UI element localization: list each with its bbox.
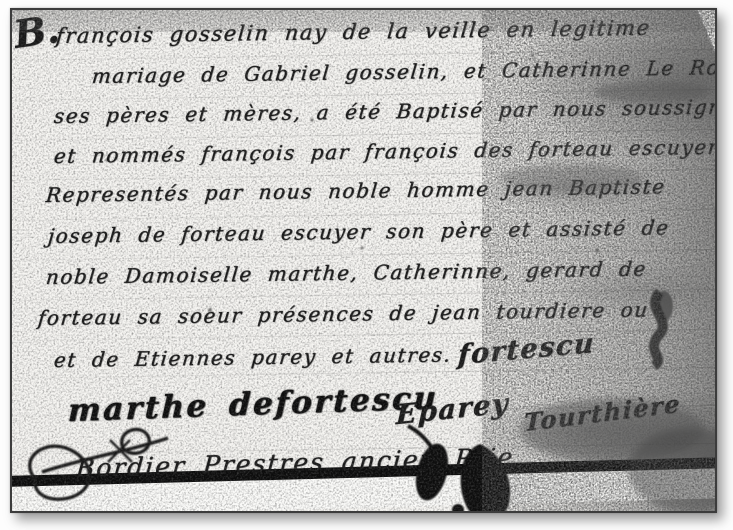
ink-squiggle (654, 291, 673, 366)
record-line: et de Etiennes parey et autres. (53, 342, 453, 372)
record-line: ses pères et mères, a été Baptisé par no… (53, 94, 715, 128)
record-line: françois gosselin nay de la veille en le… (55, 16, 652, 48)
photo-frame: B. françois gosselin nay de la veille en… (10, 8, 717, 513)
paper-corner (697, 10, 715, 50)
scanned-register-page: B. françois gosselin nay de la veille en… (12, 10, 715, 511)
record-line: et nommés françois par françois des fort… (53, 135, 715, 168)
paper-edge (697, 10, 715, 52)
record-line: Representés par nous noble homme jean Ba… (45, 174, 667, 207)
signature-marthe-defortescu: marthe defortescu (67, 380, 439, 429)
record-line: joseph de forteau escuyer son père et as… (47, 215, 671, 248)
record-line: noble Damoiselle marthe, Catherinne, ger… (45, 257, 648, 289)
record-line: forteau sa soeur présences de jean tourd… (37, 297, 650, 330)
inline-signature-fortescu: fortescu (457, 328, 596, 371)
signature-tourthiere: Tourthière (524, 389, 681, 438)
ruled-line (12, 329, 715, 341)
margin-initial: B. (12, 10, 62, 57)
record-line: mariage de Gabriel gosselin, et Catherin… (91, 54, 715, 88)
